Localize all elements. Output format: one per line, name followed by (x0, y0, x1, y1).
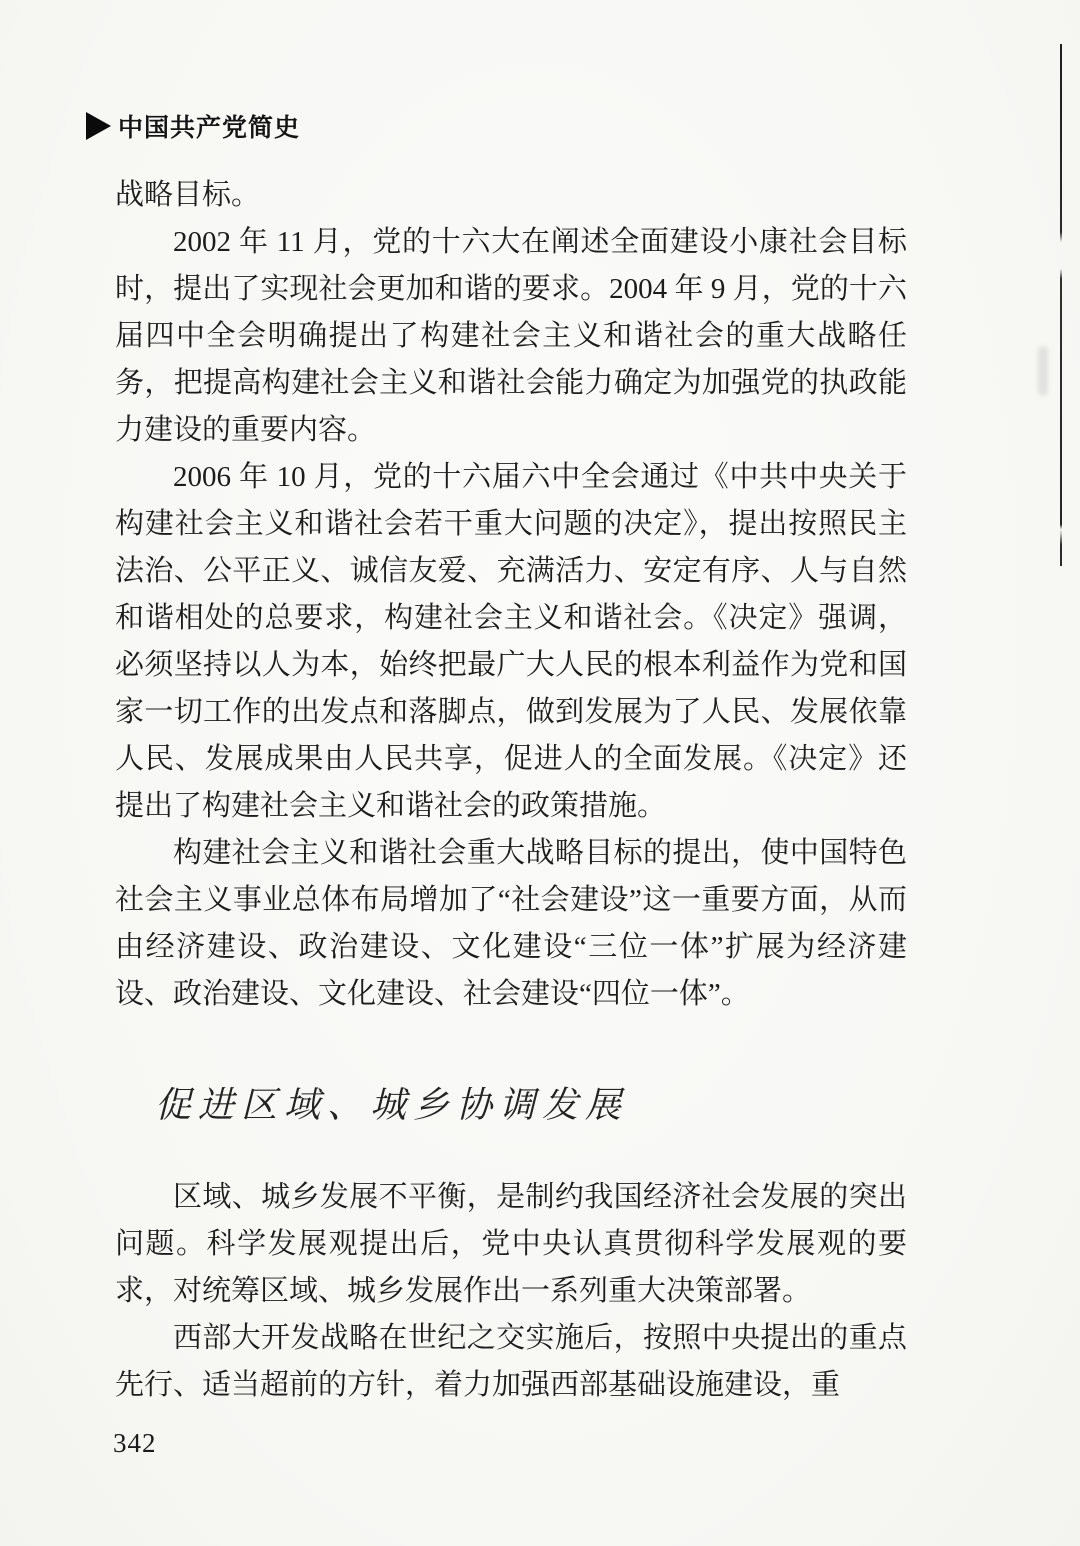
paragraph: 2002 年 11 月，党的十六大在阐述全面建设小康社会目标时，提出了实现社会更… (115, 219, 907, 454)
page-number: 342 (113, 1428, 157, 1459)
paragraph: 西部大开发战略在世纪之交实施后，按照中央提出的重点先行、适当超前的方针，着力加强… (115, 1315, 907, 1409)
scan-edge-artifact (1060, 44, 1062, 566)
book-title: 中国共产党简史 (118, 108, 300, 144)
paragraph: 2006 年 10 月，党的十六届六中全会通过《中共中央关于构建社会主义和谐社会… (115, 454, 907, 830)
section-heading: 促进区域、城乡协调发展 (155, 1080, 907, 1130)
paragraph: 构建社会主义和谐社会重大战略目标的提出，使中国特色社会主义事业总体布局增加了“社… (115, 830, 907, 1018)
paragraph: 区域、城乡发展不平衡，是制约我国经济社会发展的突出问题。科学发展观提出后，党中央… (115, 1174, 907, 1315)
scan-smudge-artifact (1038, 346, 1048, 396)
page-header: 中国共产党简史 (86, 108, 300, 144)
right-triangle-icon (86, 112, 111, 140)
page-body: 战略目标。 2002 年 11 月，党的十六大在阐述全面建设小康社会目标时，提出… (115, 172, 907, 1409)
paragraph-continuation: 战略目标。 (115, 172, 907, 219)
